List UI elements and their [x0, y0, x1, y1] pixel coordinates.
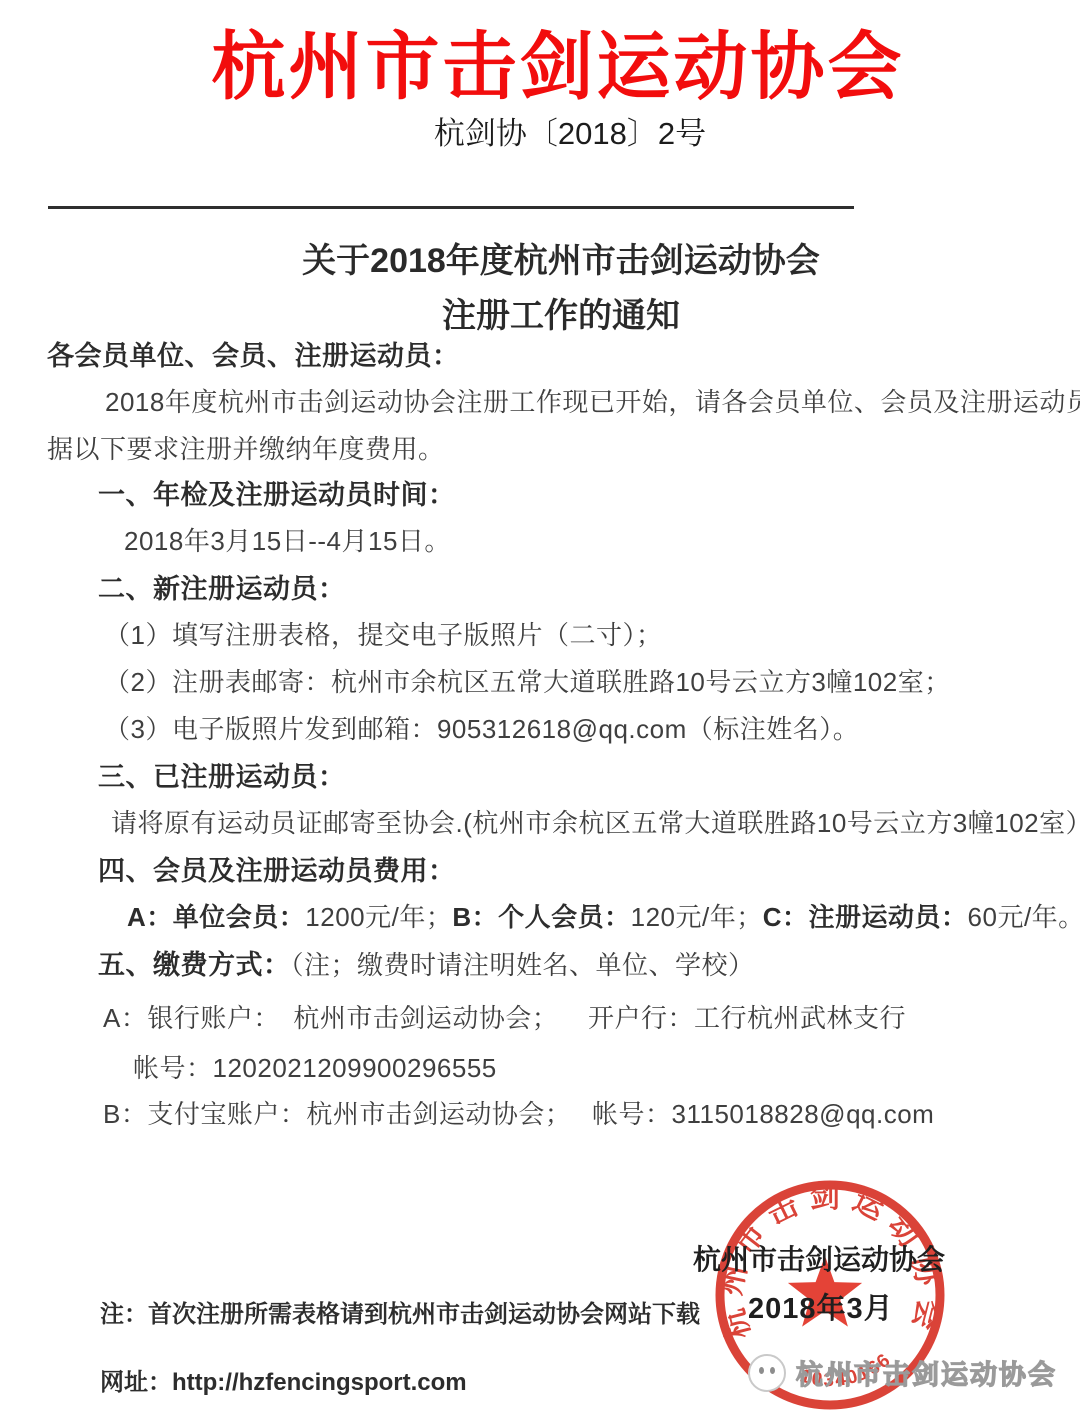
header-divider	[48, 206, 854, 209]
section3-body: 请将原有运动员证邮寄至协会.(杭州市余杭区五常大道联胜路10号云立方3幢102室…	[111, 809, 1080, 839]
section5-heading-row: 五、缴费方式：（注；缴费时请注明姓名、单位、学校）	[98, 950, 755, 981]
bank-branch: 开户行：工行杭州武林支行	[588, 1004, 906, 1034]
bank-account-line: A：银行账户： 杭州市击剑运动协会；	[103, 1004, 558, 1034]
bank-account-number: 帐号：1202021209900296555	[133, 1054, 497, 1084]
wechat-watermark: 杭州市击剑运动协会	[748, 1353, 1057, 1392]
section5-heading: 五、缴费方式：	[98, 950, 291, 980]
intro-line1: 2018年度杭州市击剑运动协会注册工作现已开始，请各会员单位、会员及注册运动员根	[105, 388, 1080, 418]
section3-heading: 三、已注册运动员：	[98, 762, 346, 793]
wechat-watermark-icon	[748, 1354, 786, 1392]
fee-c-value: 60元/年。	[968, 902, 1080, 932]
footer-website: 网址：http://hzfencingsport.com	[100, 1362, 467, 1397]
section2-heading: 二、新注册运动员：	[98, 574, 346, 605]
fee-a-value: 1200元/年；	[305, 902, 452, 932]
alipay-account-number: 帐号：3115018828@qq.com	[592, 1100, 934, 1130]
signature-date: 2018年3月	[748, 1286, 894, 1327]
fee-b-value: 120元/年；	[631, 902, 763, 932]
doc-number: 杭剑协〔2018〕2号	[30, 108, 1080, 153]
watermark-icon-eye	[770, 1367, 775, 1374]
notice-title-line1: 关于2018年度杭州市击剑运动协会	[21, 233, 1080, 282]
fee-a-label: A：单位会员：	[127, 902, 305, 932]
section5-note: （注；缴费时请注明姓名、单位、学校）	[291, 950, 755, 980]
watermark-icon-eye	[759, 1367, 764, 1374]
footer-note: 注：首次注册所需表格请到杭州市击剑运动协会网站下载	[100, 1294, 700, 1329]
signature-org: 杭州市击剑运动协会	[693, 1238, 945, 1278]
section2-item3: （3）电子版照片发到邮箱：905312618@qq.com（标注姓名）。	[104, 715, 859, 745]
section1-heading: 一、年检及注册运动员时间：	[98, 480, 456, 511]
section4-fees: A：单位会员：1200元/年；B：个人会员：120元/年；C：注册运动员：60元…	[127, 903, 1080, 933]
salutation: 各会员单位、会员、注册运动员：	[47, 341, 460, 372]
watermark-text: 杭州市击剑运动协会	[796, 1353, 1057, 1392]
section2-item1: （1）填写注册表格，提交电子版照片（二寸）；	[104, 621, 662, 651]
fee-b-label: B：个人会员：	[452, 902, 630, 932]
notice-document: 杭州市击剑运动协会 杭剑协〔2018〕2号 关于2018年度杭州市击剑运动协会 …	[0, 0, 1080, 1423]
section1-body: 2018年3月15日--4月15日。	[124, 527, 451, 557]
notice-title-line2: 注册工作的通知	[21, 288, 1080, 337]
intro-line2: 据以下要求注册并缴纳年度费用。	[47, 435, 445, 465]
alipay-account-line: B：支付宝账户：杭州市击剑运动协会；	[103, 1100, 571, 1130]
org-title: 杭州市击剑运动协会	[18, 8, 1080, 114]
section2-item2: （2）注册表邮寄：杭州市余杭区五常大道联胜路10号云立方3幢102室；	[104, 668, 951, 698]
fee-c-label: C：注册运动员：	[763, 902, 968, 932]
section4-heading: 四、会员及注册运动员费用：	[98, 856, 456, 887]
